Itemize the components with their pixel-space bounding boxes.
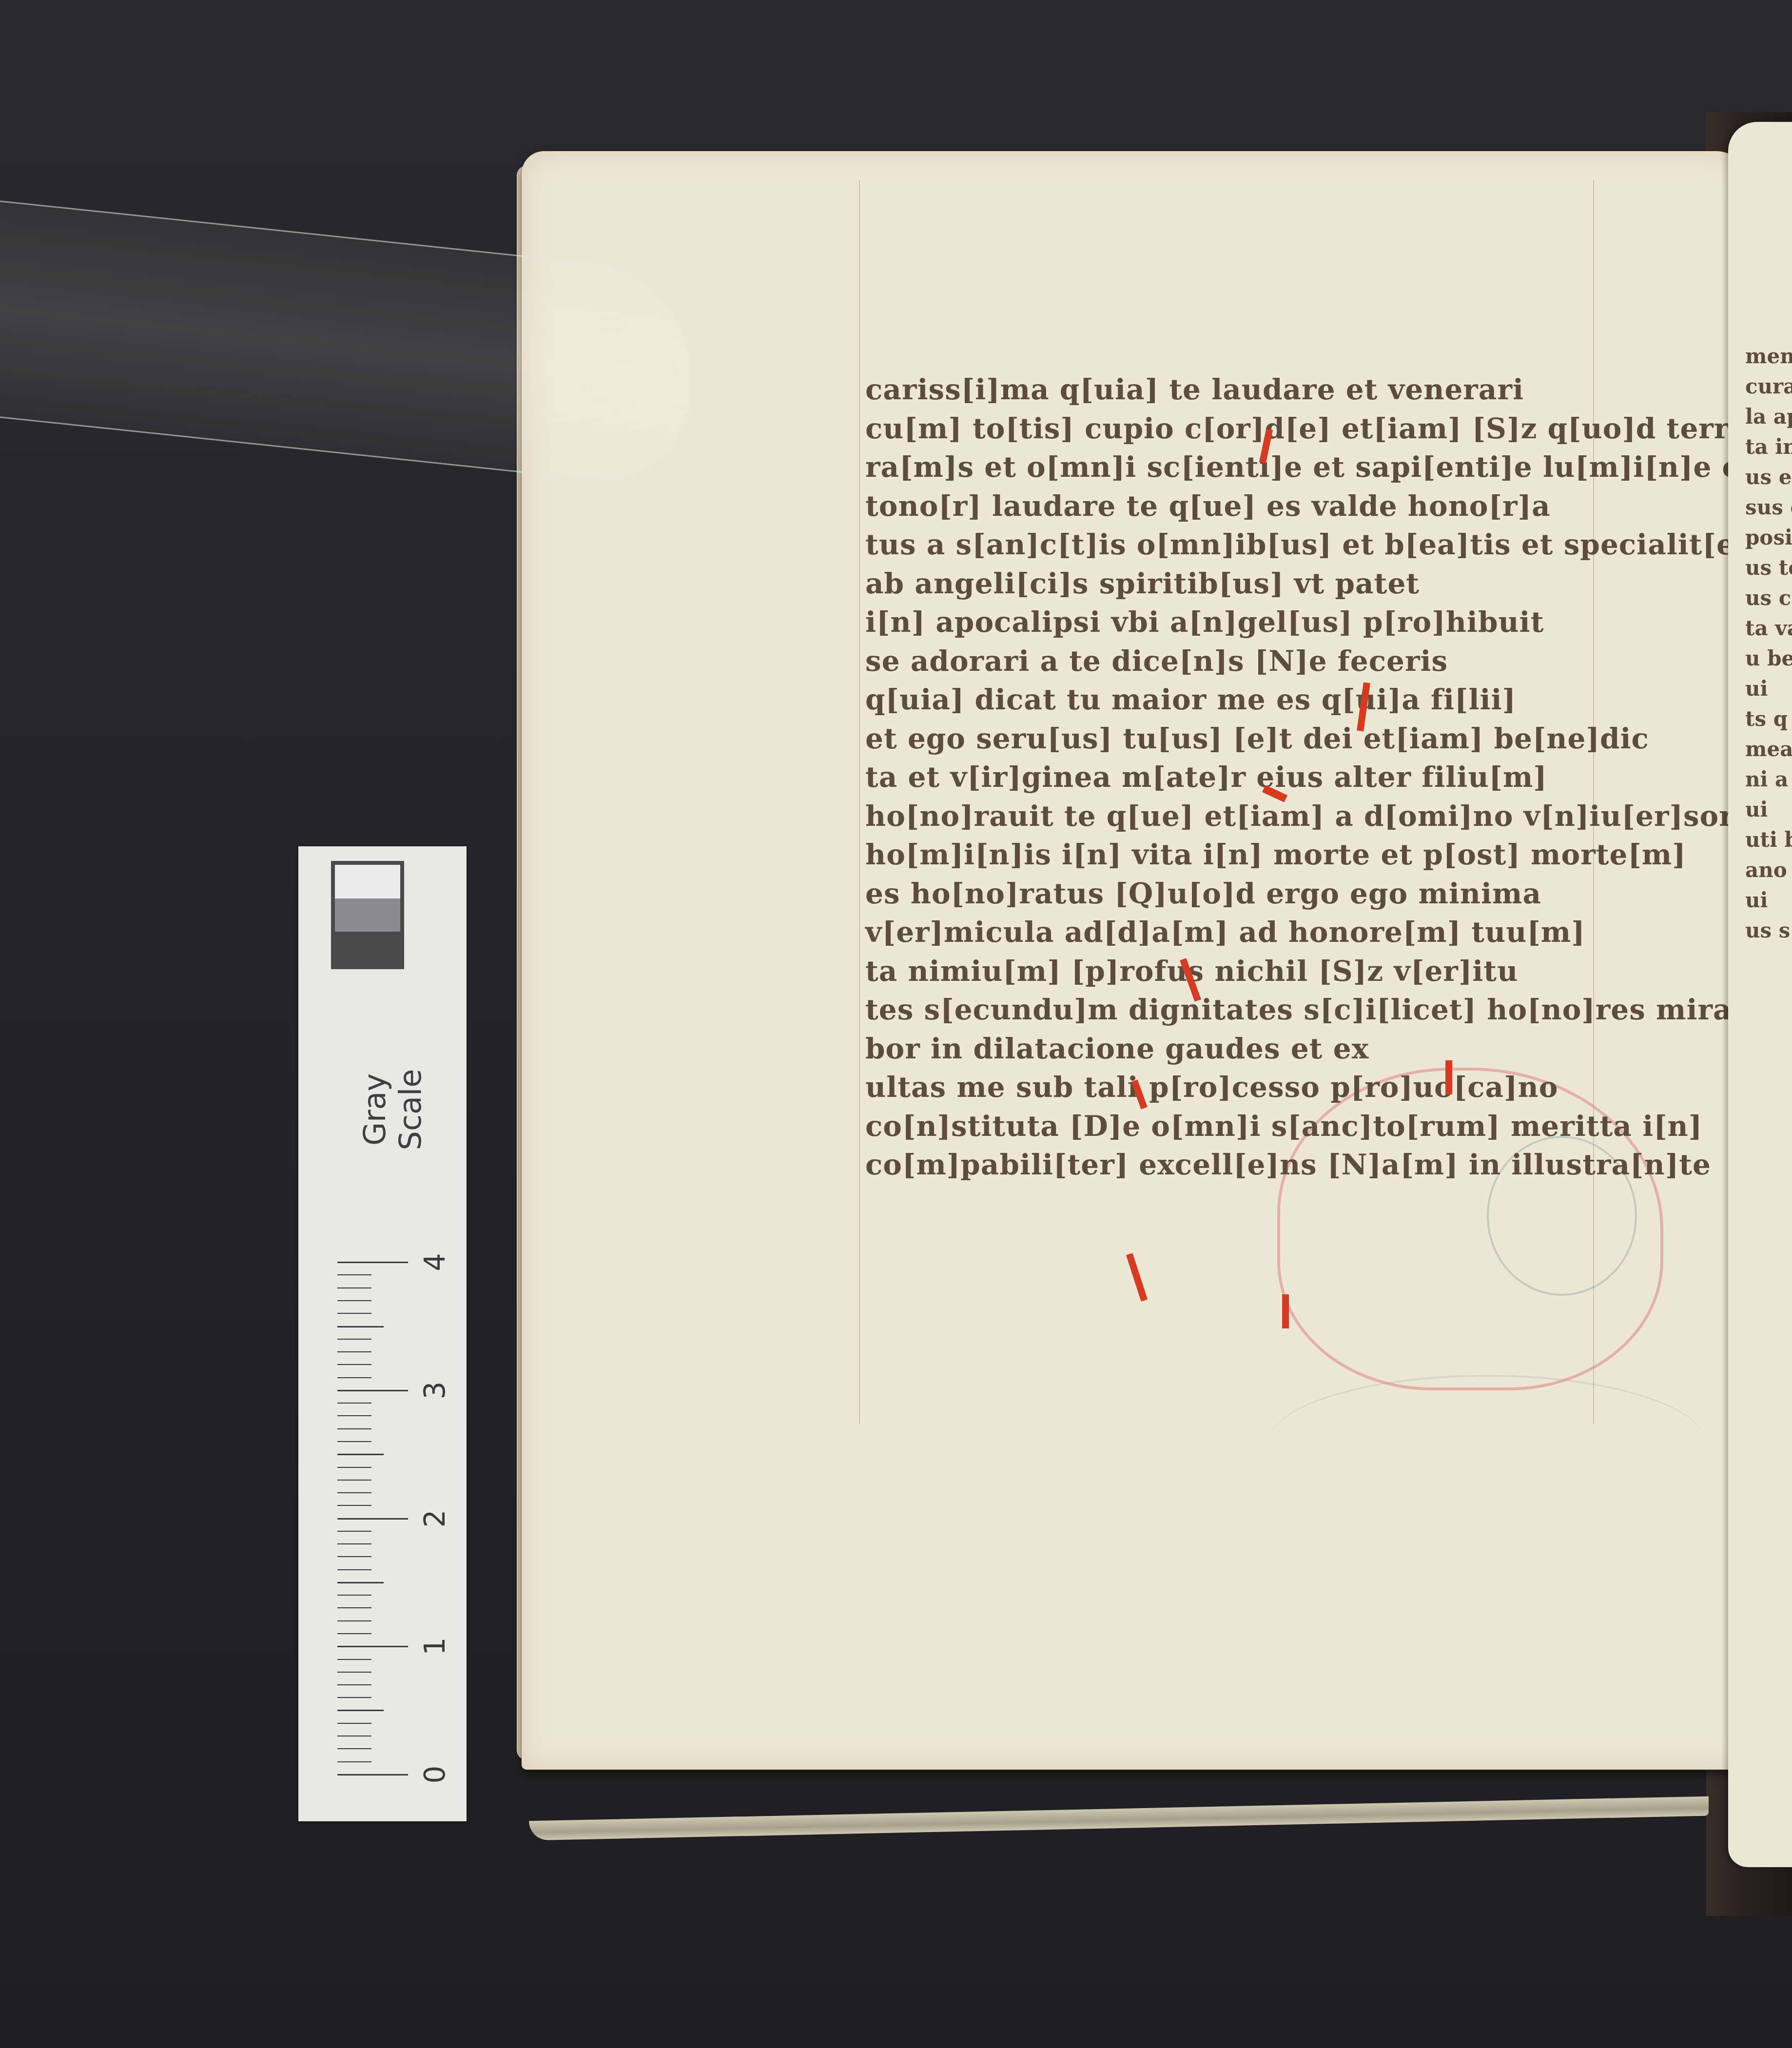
ruler-minor-tick	[337, 1697, 371, 1698]
text-line: ho[no]rauit te q[ue] et[iam] a d[omi]no …	[865, 797, 1626, 836]
ruler-minor-tick	[337, 1339, 371, 1340]
facing-text-line: us s	[1745, 916, 1792, 946]
ruler-label-0: 0	[418, 1760, 451, 1789]
ruler-label-3: 3	[418, 1376, 451, 1405]
text-line: ultas me sub tali p[ro]cesso p[ro]uo[ca]…	[865, 1068, 1626, 1107]
ruler-major-tick	[337, 1390, 408, 1391]
text-line: tus a s[an]c[t]is o[mn]ib[us] et b[ea]ti…	[865, 526, 1626, 565]
ruler-minor-tick	[337, 1607, 371, 1608]
text-line: q[uia] dicat tu maior me es q[ui]a fi[li…	[865, 681, 1626, 720]
text-line: et ego seru[us] tu[us] [e]t dei et[iam] …	[865, 720, 1626, 759]
text-line: ra[m]s et o[mn]i sc[ienti]e et sapi[enti…	[865, 448, 1626, 487]
facing-text-line: mea	[1745, 734, 1792, 764]
ruler-minor-tick	[337, 1672, 371, 1673]
text-line: ab angeli[ci]s spiritib[us] vt patet	[865, 565, 1626, 604]
text-line: es ho[no]ratus [Q]u[o]d ergo ego minima	[865, 875, 1626, 914]
ruler-major-tick	[337, 1262, 408, 1263]
facing-text-line: ta in	[1745, 432, 1792, 462]
ruler-half-tick	[337, 1582, 384, 1583]
ruler-minor-tick	[337, 1543, 371, 1544]
text-line: tes s[ecundu]m dignitates s[c]i[licet] h…	[865, 991, 1626, 1030]
facing-text-line: ni a	[1745, 764, 1792, 795]
ruler-minor-tick	[337, 1556, 371, 1557]
facing-text-line: ts q	[1745, 704, 1792, 734]
swatch-white	[335, 865, 400, 898]
ruler-minor-tick	[337, 1415, 371, 1416]
ruler-minor-tick	[337, 1531, 371, 1532]
facing-text-line: la ap	[1745, 402, 1792, 432]
rubric-stroke	[1445, 1060, 1452, 1094]
facing-text-line: uti b	[1745, 825, 1792, 855]
ruler-label-4: 4	[418, 1248, 451, 1277]
facing-text-line: us te	[1745, 553, 1792, 583]
show-through-flourish	[1267, 1375, 1706, 1513]
facing-text-line: sus e	[1745, 492, 1792, 523]
facing-text-line: us ca	[1745, 583, 1792, 613]
ruler-minor-tick	[337, 1313, 371, 1314]
facing-text-line: ano	[1745, 855, 1792, 885]
ruler-half-tick	[337, 1326, 384, 1327]
text-line: ta nimiu[m] [p]rofus nichil [S]z v[er]it…	[865, 952, 1626, 991]
ruler-minor-tick	[337, 1684, 371, 1685]
ruler-half-tick	[337, 1710, 384, 1711]
rubric-stroke	[1282, 1294, 1289, 1328]
facing-text-line: u be	[1745, 644, 1792, 674]
facing-text-line: menca	[1745, 341, 1792, 371]
ruler-label-1: 1	[418, 1632, 451, 1661]
ruler-minor-tick	[337, 1569, 371, 1570]
facing-text-line: posi	[1745, 523, 1792, 553]
facing-text-line: ui	[1745, 674, 1792, 704]
ruler-label-2: 2	[418, 1504, 451, 1533]
ruler-minor-tick	[337, 1659, 371, 1660]
text-line: co[m]pabili[ter] excell[e]ns [N]a[m] in …	[865, 1146, 1626, 1185]
ruler-minor-tick	[337, 1300, 371, 1301]
ruler-minor-tick	[337, 1736, 371, 1736]
ruler-minor-tick	[337, 1480, 371, 1481]
swatch-dark-gray	[335, 932, 400, 965]
text-line: cu[m] to[tis] cupio c[or]d[e] et[iam] [S…	[865, 410, 1626, 449]
ruler-minor-tick	[337, 1287, 371, 1288]
ruler-minor-tick	[337, 1492, 371, 1493]
ruler-minor-tick	[337, 1633, 371, 1634]
text-line: tono[r] laudare te q[ue] es valde hono[r…	[865, 487, 1626, 526]
text-line: ta et v[ir]ginea m[ate]r eius alter fili…	[865, 758, 1626, 797]
ruler-half-tick	[337, 1454, 384, 1455]
ruler-minor-tick	[337, 1403, 371, 1404]
facing-text-line: ta val	[1745, 613, 1792, 644]
text-line: i[n] apocalipsi vbi a[n]gel[us] p[ro]hib…	[865, 603, 1626, 642]
facing-text-line: ui	[1745, 795, 1792, 825]
text-line: co[n]stituta [D]e o[mn]i s[anc]to[rum] m…	[865, 1107, 1626, 1146]
text-line: ho[m]i[n]is i[n] vita i[n] morte et p[os…	[865, 836, 1626, 875]
facing-page-text: menca cura la ap ta in us e sus e posi u…	[1745, 341, 1792, 946]
ruler-minor-tick	[337, 1723, 371, 1724]
ruler-minor-tick	[337, 1441, 371, 1442]
facing-text-line: cura	[1745, 371, 1792, 402]
ruler-minor-tick	[337, 1761, 371, 1762]
text-line: bor in dilatacione gaudes et ex	[865, 1030, 1626, 1069]
text-line: se adorari a te dice[n]s [N]e feceris	[865, 642, 1626, 681]
swatch-mid-gray	[335, 898, 400, 932]
gray-swatch-box	[331, 861, 404, 969]
ruler-major-tick	[337, 1774, 408, 1775]
manuscript-text-block: cariss[i]ma q[uia] te laudare et venerar…	[865, 371, 1626, 1185]
text-line: cariss[i]ma q[uia] te laudare et venerar…	[865, 371, 1626, 410]
gray-scale-label: Gray Scale	[357, 1041, 396, 1178]
ruler-minor-tick	[337, 1467, 371, 1468]
text-line: v[er]micula ad[d]a[m] ad honore[m] tuu[m…	[865, 913, 1626, 952]
facing-text-line: us e	[1745, 462, 1792, 492]
ruler-major-tick	[337, 1646, 408, 1647]
ruler-minor-tick	[337, 1595, 371, 1596]
facing-text-line: ui	[1745, 885, 1792, 916]
ruler-major-tick	[337, 1518, 408, 1520]
ruler-minor-tick	[337, 1377, 371, 1378]
ruler-minor-tick	[337, 1748, 371, 1749]
ruler-minor-tick	[337, 1351, 371, 1352]
gray-scale-card: Gray Scale 0 1 2 3 4	[298, 846, 467, 1821]
ruler-minor-tick	[337, 1620, 371, 1621]
ruler-minor-tick	[337, 1274, 371, 1275]
ruler-minor-tick	[337, 1364, 371, 1365]
ruler-minor-tick	[337, 1428, 371, 1429]
ruling-line-left	[859, 180, 860, 1424]
ruler-minor-tick	[337, 1505, 371, 1506]
